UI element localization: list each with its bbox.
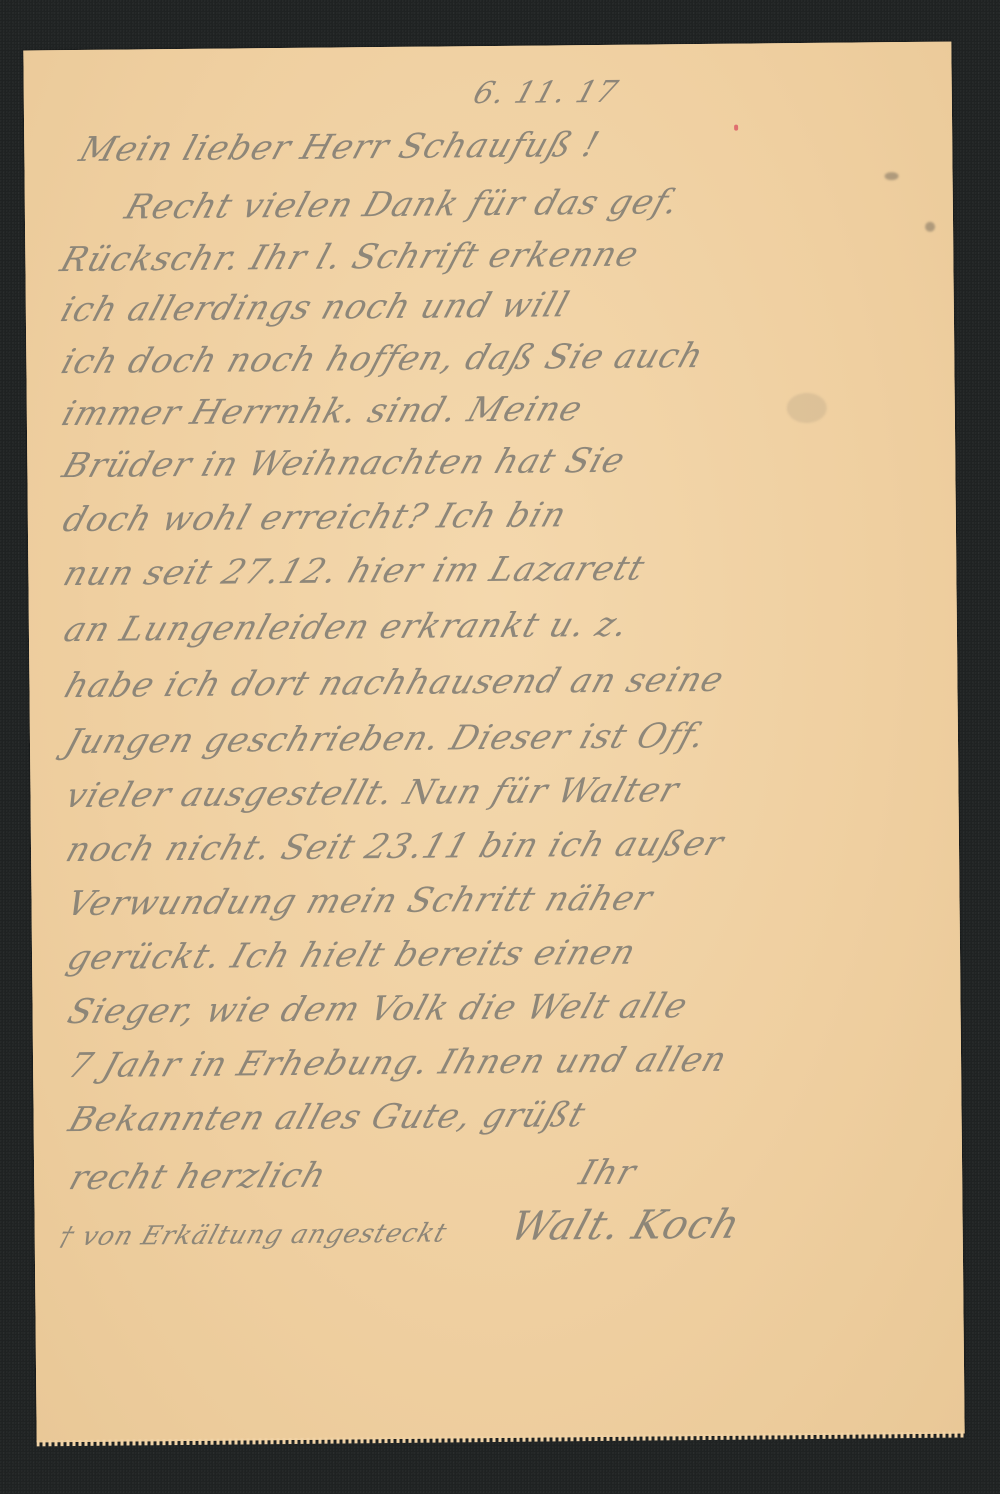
postmark-smudge <box>787 393 827 423</box>
letter-line: immer Herrnhk. sind. Meine <box>57 389 588 434</box>
letter-page: 6. 11. 17 Mein lieber Herr Schaufuß ! Re… <box>23 42 964 1443</box>
letter-line: Verwundung mein Schritt näher <box>62 878 658 924</box>
letter-line: habe ich dort nachhausend an seine <box>60 660 730 706</box>
letter-footnote: † von Erkältung angesteckt <box>55 1218 451 1252</box>
letter-line: doch wohl erreicht? Ich bin <box>58 495 572 540</box>
ink-smudge <box>885 172 899 180</box>
letter-line: ich allerdings noch und will <box>56 285 574 330</box>
letter-line: nun seit 27.12. hier im Lazarett <box>59 548 651 594</box>
letter-date: 6. 11. 17 <box>469 75 623 111</box>
letter-line: Recht vielen Dank für das gef. <box>120 182 684 227</box>
letter-line: noch nicht. Seit 23.11 bin ich außer <box>61 824 729 870</box>
letter-line: vieler ausgestellt. Nun für Walter <box>61 770 685 816</box>
letter-line: Brüder in Weihnachten hat Sie <box>58 441 631 487</box>
letter-line: Bekannten alles Gute, grüßt <box>64 1095 591 1140</box>
letter-closing: Ihr <box>574 1153 641 1194</box>
ink-smudge <box>925 222 935 232</box>
letter-line: recht herzlich <box>64 1156 331 1199</box>
letter-line: ich doch noch hoffen, daß Sie auch <box>57 336 709 382</box>
letter-line: 7 Jahr in Erhebung. Ihnen und allen <box>63 1040 732 1086</box>
red-ink-mark <box>734 125 738 131</box>
letter-line: Rückschr. Ihr l. Schrift erkenne <box>56 235 645 281</box>
letter-line: Jungen geschrieben. Dieser ist Off. <box>60 716 711 762</box>
letter-signature: Walt. Koch <box>505 1202 746 1250</box>
letter-line: an Lungenleiden erkrankt u. z. <box>59 605 634 651</box>
letter-salutation: Mein lieber Herr Schaufuß ! <box>74 125 604 170</box>
letter-line: gerückt. Ich hielt bereits einen <box>62 933 641 979</box>
letter-line: Sieger, wie dem Volk die Welt alle <box>63 986 693 1032</box>
